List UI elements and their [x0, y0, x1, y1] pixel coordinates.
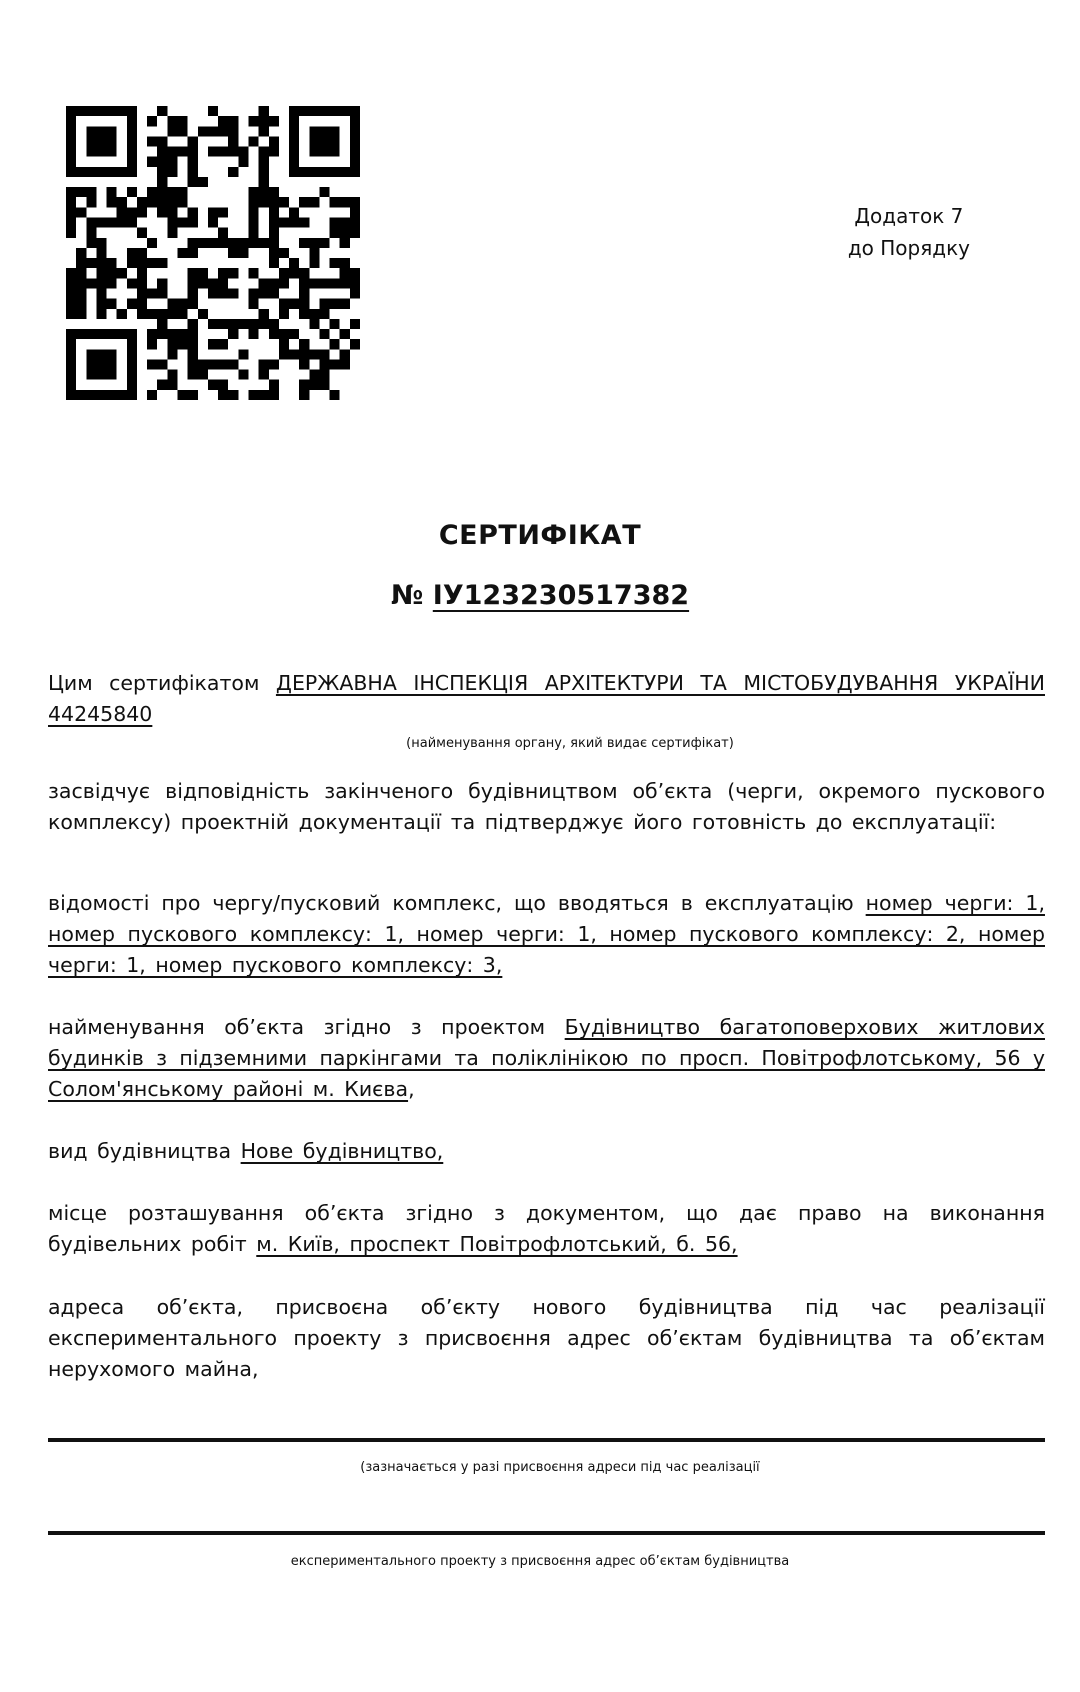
- certificate-number: № ІУ123230517382: [0, 580, 1080, 611]
- field-label: адреса об’єкта, присвоєна об’єкту нового…: [48, 1295, 1045, 1381]
- appendix-note: Додаток 7 до Порядку: [848, 200, 970, 264]
- attestation-paragraph: засвідчує відповідність закінченого буді…: [48, 776, 1045, 838]
- number-sign: №: [391, 580, 423, 611]
- certificate-title: СЕРТИФІКАТ: [0, 520, 1080, 551]
- appendix-line-1: Додаток 7: [848, 200, 970, 232]
- field-construction-type: вид будівництва Нове будівництво,: [48, 1136, 1045, 1167]
- footnote-line-1: (зазначається у разі присвоєння адреси п…: [0, 1460, 1080, 1475]
- field-location: місце розташування об’єкта згідно з доку…: [48, 1198, 1045, 1260]
- appendix-line-2: до Порядку: [848, 232, 970, 264]
- field-label: найменування об’єкта згідно з проектом: [48, 1015, 545, 1039]
- qr-code: [66, 106, 360, 400]
- field-value: Нове будівництво,: [241, 1139, 444, 1163]
- divider-line: [48, 1531, 1045, 1535]
- footnote-line-2: експериментального проекту з присвоєння …: [0, 1554, 1080, 1569]
- certificate-number-value: ІУ123230517382: [433, 580, 689, 611]
- issuer-lead: Цим сертифікатом: [48, 671, 259, 695]
- issuer-paragraph: Цим сертифікатом ДЕРЖАВНА ІНСПЕКЦІЯ АРХІ…: [48, 668, 1045, 730]
- field-address: адреса об’єкта, присвоєна об’єкту нового…: [48, 1292, 1045, 1385]
- field-suffix: ,: [408, 1077, 415, 1101]
- issuer-caption: (найменування органу, який видає сертифі…: [0, 736, 1080, 751]
- divider-line: [48, 1438, 1045, 1442]
- field-queue-info: відомості про чергу/пусковий комплекс, щ…: [48, 888, 1045, 981]
- field-label: відомості про чергу/пусковий комплекс, щ…: [48, 891, 854, 915]
- field-value: м. Київ, проспект Повітрофлотський, б. 5…: [256, 1232, 737, 1256]
- field-object-name: найменування об’єкта згідно з проектом Б…: [48, 1012, 1045, 1105]
- field-label: вид будівництва: [48, 1139, 231, 1163]
